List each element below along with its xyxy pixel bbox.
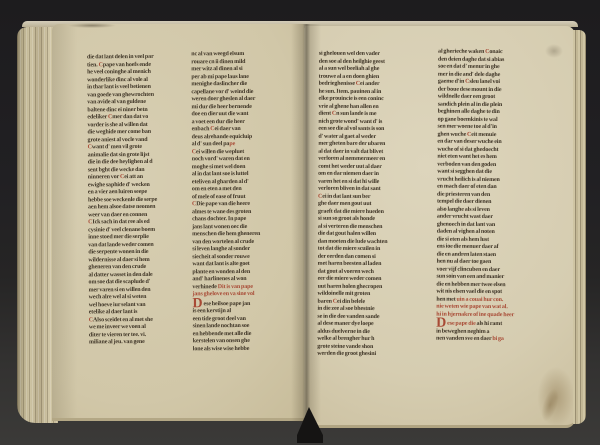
- ink-text: weer van daer en connen: [88, 211, 147, 217]
- ink-text: der eerden dan comen si: [318, 253, 376, 259]
- ink-text: eteliven al gharden al d': [192, 178, 249, 184]
- ink-text: in die zee al soe bhestnie: [317, 306, 374, 312]
- ink-text: si ghelouen wel den vader: [319, 51, 380, 57]
- text-line: lone als wise wise hebbe: [193, 345, 300, 353]
- ink-text: daden al vighen al noten: [437, 229, 495, 235]
- ink-text: menighe daslincher die: [191, 81, 247, 87]
- ink-text: ei willen die wepluet: [196, 149, 244, 155]
- rubricated-initial: D: [193, 301, 203, 307]
- ink-text: ei daer van: [214, 126, 240, 132]
- ink-text: weren doer gheslen al daer: [191, 96, 255, 102]
- ink-text: al dese maner dye loepe: [317, 321, 373, 327]
- ink-text: mer in die and' dele daghe: [438, 71, 500, 77]
- text-line: Dese heilsoe pape jan: [192, 298, 299, 308]
- ink-text: miliane al jeu. van gene: [89, 339, 145, 345]
- ink-text: die en andren laten staen: [437, 251, 496, 257]
- ink-text: enbach: [192, 126, 211, 132]
- ink-text: verloren al nemmermeer en: [318, 156, 385, 162]
- ink-text: menschen die hem gheneren: [192, 231, 260, 237]
- ink-text: vrie al ghene han allen en: [319, 103, 379, 109]
- ink-text: want d' men vil grote: [92, 144, 142, 150]
- ink-text: animalie dat sin grote lijst: [88, 151, 150, 157]
- ink-text: ewighe saphide d' wecken: [88, 181, 150, 187]
- ink-text: ander vrucht wast daer: [437, 214, 493, 220]
- ink-text: tot dat die miere scuilen in: [318, 246, 380, 252]
- ink-text: of mele of ease of fruut: [192, 193, 246, 199]
- ink-text: verhinede: [192, 284, 217, 290]
- ink-text: sent bght die wecke dan: [88, 166, 145, 172]
- ink-text: mer dan dat vo: [112, 114, 148, 120]
- ink-text: den soe al den heilghie geest: [319, 58, 385, 64]
- ink-text: sleu lanel voi: [469, 79, 500, 85]
- ink-text: also langhe als si leven: [437, 206, 490, 212]
- ink-text: wildnelle daer een groot: [438, 94, 495, 100]
- ink-text: uut haren holen ghecropen: [318, 283, 383, 289]
- ink-text: al si verteren die menschen: [318, 223, 383, 229]
- ink-text: wildernisse al daer si hem: [88, 256, 149, 262]
- ink-text: a voet een dur die heer: [192, 119, 245, 125]
- ink-text: trouwe al a en doen ghien: [319, 73, 379, 79]
- ink-text: vorder is she al willen dat: [87, 121, 147, 127]
- ink-text: mer witz al dinen al si: [191, 66, 242, 72]
- ink-text: almes te wane des groten: [192, 208, 251, 214]
- ink-text: capellane vor d' weind die: [191, 88, 253, 94]
- rubric-red-text: ese pape die: [447, 321, 476, 327]
- ink-text: edeliker: [87, 114, 108, 120]
- ink-text: ei in dat lant sun ber: [322, 193, 370, 199]
- ink-text: van dat lande weder comen: [88, 241, 153, 247]
- ink-text: he sun. Item. pauinen al in: [319, 88, 382, 94]
- ink-text: baltene dinc ei niner betn: [87, 106, 147, 112]
- ink-text: sen mer woene toe al d'in: [438, 124, 497, 130]
- ink-text: ei din belele: [337, 298, 365, 304]
- ink-text: die in die dee heylighen al d: [88, 159, 153, 165]
- ink-text: si leven langhe al sonder: [192, 246, 250, 252]
- ink-text: he veel coninghe al menich: [87, 69, 151, 75]
- ink-text: al d' sun deel pa: [192, 141, 230, 147]
- ink-text: mi dur die heer bernende: [191, 103, 251, 109]
- ink-text: grote aniest al vocle vand: [88, 136, 148, 142]
- ink-text: wildoinelle mit groten: [318, 291, 371, 297]
- ink-text: hen met: [436, 296, 456, 302]
- ink-text: onaic: [489, 49, 502, 55]
- ink-text: varen het en si dat hi wille: [318, 178, 379, 184]
- ink-text: en a vier aen luiren seepe: [88, 189, 147, 195]
- ink-text: werden die groot ghesini: [317, 351, 376, 357]
- ink-text: lone als wise wise hebbe: [193, 345, 250, 351]
- ink-text: van den wortelen al crude: [192, 238, 254, 244]
- ink-text: wuche of si dat ghedoecht: [437, 146, 498, 152]
- ink-text: hen nu al daer toe gaen: [437, 259, 492, 265]
- ink-text: wonderlike dinc al vole al: [87, 76, 148, 82]
- text-column-right-1: si ghelouen wel den vaderden soe al den …: [317, 51, 432, 360]
- ink-text: al gherieche waken: [438, 49, 485, 55]
- ink-text: die serpente wonen in die: [88, 249, 148, 255]
- ink-text: per ab mi pape laus lane: [191, 73, 249, 79]
- ink-text: moghe si met wel doen: [192, 164, 246, 170]
- ink-text: nc al van weegd elsum: [191, 51, 244, 57]
- ink-text: als hi ramt: [476, 321, 503, 327]
- ink-text: plante en wonden al den: [192, 268, 250, 274]
- ink-text: Die pape van die heere: [196, 201, 250, 207]
- ink-text: een see die al vol sants is son: [318, 126, 384, 132]
- ink-text: grote steine vande shon: [317, 343, 373, 349]
- ink-text: mer gheten bare der ubaren: [318, 141, 385, 147]
- ink-text: tempel die daer dienen: [437, 199, 491, 205]
- ink-text: aldus duelverne in die: [317, 328, 370, 334]
- ink-text: deus alrehande equicluip: [192, 133, 253, 139]
- ink-text: op gane boemkinis te wal: [438, 116, 498, 122]
- text-column-left-1: die dat lant delen in veel partien. Cpap…: [87, 54, 190, 359]
- ink-text: inne stoed mer die serplie: [88, 234, 149, 240]
- ink-text: in thar lant is veel betienen: [87, 84, 151, 90]
- ink-text: die priesteren van den: [437, 191, 490, 197]
- ink-text: der boue dese mount in die: [438, 86, 502, 92]
- ink-text: voer vijf clincuben en daer: [437, 266, 501, 272]
- ink-text: den deien daghe dat si abias: [438, 56, 504, 62]
- rubric-red-text: pe: [229, 141, 235, 147]
- top-edge-smudge: [68, 23, 116, 28]
- ink-text: nich grote wond' want d' is: [318, 118, 382, 124]
- ink-text: graeft dat die miere hueden: [318, 208, 384, 214]
- ink-text: met haren beesten al laden: [318, 261, 382, 267]
- ink-text: ese heilsoe pape jan: [204, 300, 251, 306]
- ink-text: jans lant wonen oec die: [192, 223, 247, 229]
- text-line: miliane al jeu. van gene: [89, 339, 190, 347]
- ink-text: ninneren vor: [88, 174, 120, 180]
- ink-text: wel hoeve iur selant van: [89, 301, 146, 307]
- ink-text: ghen wuche: [437, 131, 467, 137]
- ink-text: sandich plein al in die plein: [438, 101, 503, 107]
- ink-text: d' water al gaet al weder: [318, 133, 376, 139]
- ink-text: want si segghen dat die: [437, 169, 492, 175]
- ink-text: se in die dee vanden sande: [317, 313, 379, 319]
- ink-text: hebbe soe weckenle die serpe: [88, 196, 157, 202]
- ink-text: si sun so groot als honde: [318, 216, 375, 222]
- ink-text: n sun lande is me: [336, 111, 376, 117]
- ink-text: om en eten a met den: [192, 186, 242, 192]
- ink-text: ghe daer men gout uut: [318, 201, 371, 207]
- ink-text: dient: [318, 111, 331, 117]
- ink-text: verloren bliven in dat sant: [318, 186, 381, 192]
- ink-text: eer die miere weder comen: [318, 276, 382, 282]
- ink-text: al a sun wel beeliah al ghe: [319, 66, 380, 72]
- rubric-red-text: Dit is van pape: [218, 283, 253, 289]
- ink-text: comt het weder uut al daer: [318, 163, 382, 169]
- ink-text: want dat lant is alte goet: [192, 261, 249, 267]
- ink-text: tien.: [87, 62, 99, 68]
- text-column-left-2: nc al van weegd elsumrouare cn ii dinen …: [191, 51, 300, 360]
- manuscript-photo: die dat lant delen in veel partien. Cpap…: [0, 0, 600, 445]
- ink-text: wech alre wel al si weten: [89, 294, 147, 300]
- ink-text: en mach daer of eten dan: [437, 184, 497, 190]
- rubric-red-text: bi ga: [492, 336, 504, 342]
- rubricated-initial: D: [436, 321, 446, 327]
- ink-text: een tide groot deel van: [193, 315, 246, 321]
- ink-text: vrucht heilich is al niemen: [437, 176, 500, 182]
- ink-text: ei att an: [124, 174, 143, 180]
- ink-text: die si eten als hem lust: [437, 236, 489, 242]
- rubric-red-text: hi in hjernakre of ine quade heer: [436, 311, 514, 318]
- ink-text: om soe dat die scaplude d': [89, 279, 151, 285]
- ink-text: dat gout al voeren wech: [318, 268, 374, 274]
- ink-text: van avide al van guldene: [87, 99, 146, 105]
- rubric-red-text: uin a couai hur con.: [457, 296, 504, 302]
- ink-text: al datter wasset in den dale: [88, 271, 152, 277]
- ink-text: Also sceidet en al met she: [93, 316, 153, 322]
- ink-text: om en dar niemen daer in: [318, 171, 379, 177]
- ink-text: welke al brengher hur h: [317, 336, 374, 342]
- ink-text: verboden van den goden: [437, 161, 496, 167]
- ink-text: van goede van ghewrochten: [87, 91, 154, 97]
- ink-text: al dat daer in valt dat blivet: [318, 148, 383, 154]
- ink-text: en hebbende met alle die: [193, 330, 252, 336]
- rubric-red-text: nie weten wie pape van wat al.: [436, 304, 508, 310]
- ink-text: we me inveer we voen al: [89, 324, 146, 330]
- ink-text: etelike al daer lant is: [89, 309, 138, 315]
- ink-text: and' harlinenes al won: [192, 276, 246, 282]
- ink-text: wit nis elsen vael die en spot: [436, 289, 502, 295]
- ink-text: gaeme d'in: [438, 79, 465, 85]
- ink-text: en dar van deser wuche ein: [437, 139, 501, 145]
- ink-text: sun soin van een and manier: [436, 274, 504, 280]
- text-line: nen vanden sve en daer bi ga: [436, 336, 549, 344]
- ink-text: sinen lande nochtan soe: [193, 323, 250, 329]
- ink-text: noch vord' waren dat en: [192, 156, 250, 162]
- ink-text: baren: [317, 298, 332, 304]
- ink-text: nen vanden sve en daer: [436, 336, 492, 342]
- ink-text: gheneren van den crude: [88, 264, 146, 270]
- ink-text: rouare cn ii dinen mild: [191, 58, 245, 64]
- ink-text: bedrieghenisse: [319, 81, 356, 87]
- ink-text: ens ioe die menuer daer af: [437, 244, 499, 250]
- ink-text: elke prouincie is een coninc: [319, 96, 384, 102]
- ink-text: kerstelen van onsen ghe: [193, 338, 250, 344]
- ink-text: ei ander: [360, 81, 380, 87]
- ink-text: doe en dier uut die want: [192, 111, 249, 117]
- ink-text: diter te vieren ter tee. vi.: [89, 331, 146, 337]
- ink-text: Ick sach in dat ree als ed: [92, 219, 149, 225]
- ink-text: dan moeten die lude wachten: [318, 238, 388, 244]
- ink-text: die en hebben mer twee elsen: [436, 281, 505, 287]
- ink-text: ghenoech in dat lant van: [437, 221, 495, 227]
- ink-text: beghinen alle daghe te din: [438, 109, 500, 115]
- ink-text: al in dat lant soe is luttel: [192, 171, 249, 177]
- ink-text: mer varen si en willen den: [89, 286, 151, 292]
- ink-text: die dat gout halen willen: [318, 231, 376, 237]
- ink-text: siecheit al sonder rouwe: [192, 253, 249, 259]
- ink-text: pape van hoefs ende: [103, 61, 151, 67]
- ink-text: aen hem alsoe datse neomen: [88, 204, 155, 210]
- ink-text: cysinie d' veel clenane boem: [88, 226, 155, 232]
- text-line: werden die groot ghesini: [317, 351, 430, 359]
- ink-text: niet eten want het es hem: [437, 154, 497, 160]
- ink-text: soe en dat d' menur in ghe: [438, 64, 500, 70]
- ink-text: die dat lant delen in veel par: [87, 54, 154, 60]
- ink-text: eit menuie: [471, 131, 496, 137]
- ink-text: die weghide mer come ban: [87, 129, 151, 135]
- ink-text: chans dochter. In pape: [192, 216, 246, 222]
- page-edge-stack-right: [573, 30, 586, 424]
- text-column-right-2: al gherieche waken Conaicden deien daghe…: [436, 49, 551, 361]
